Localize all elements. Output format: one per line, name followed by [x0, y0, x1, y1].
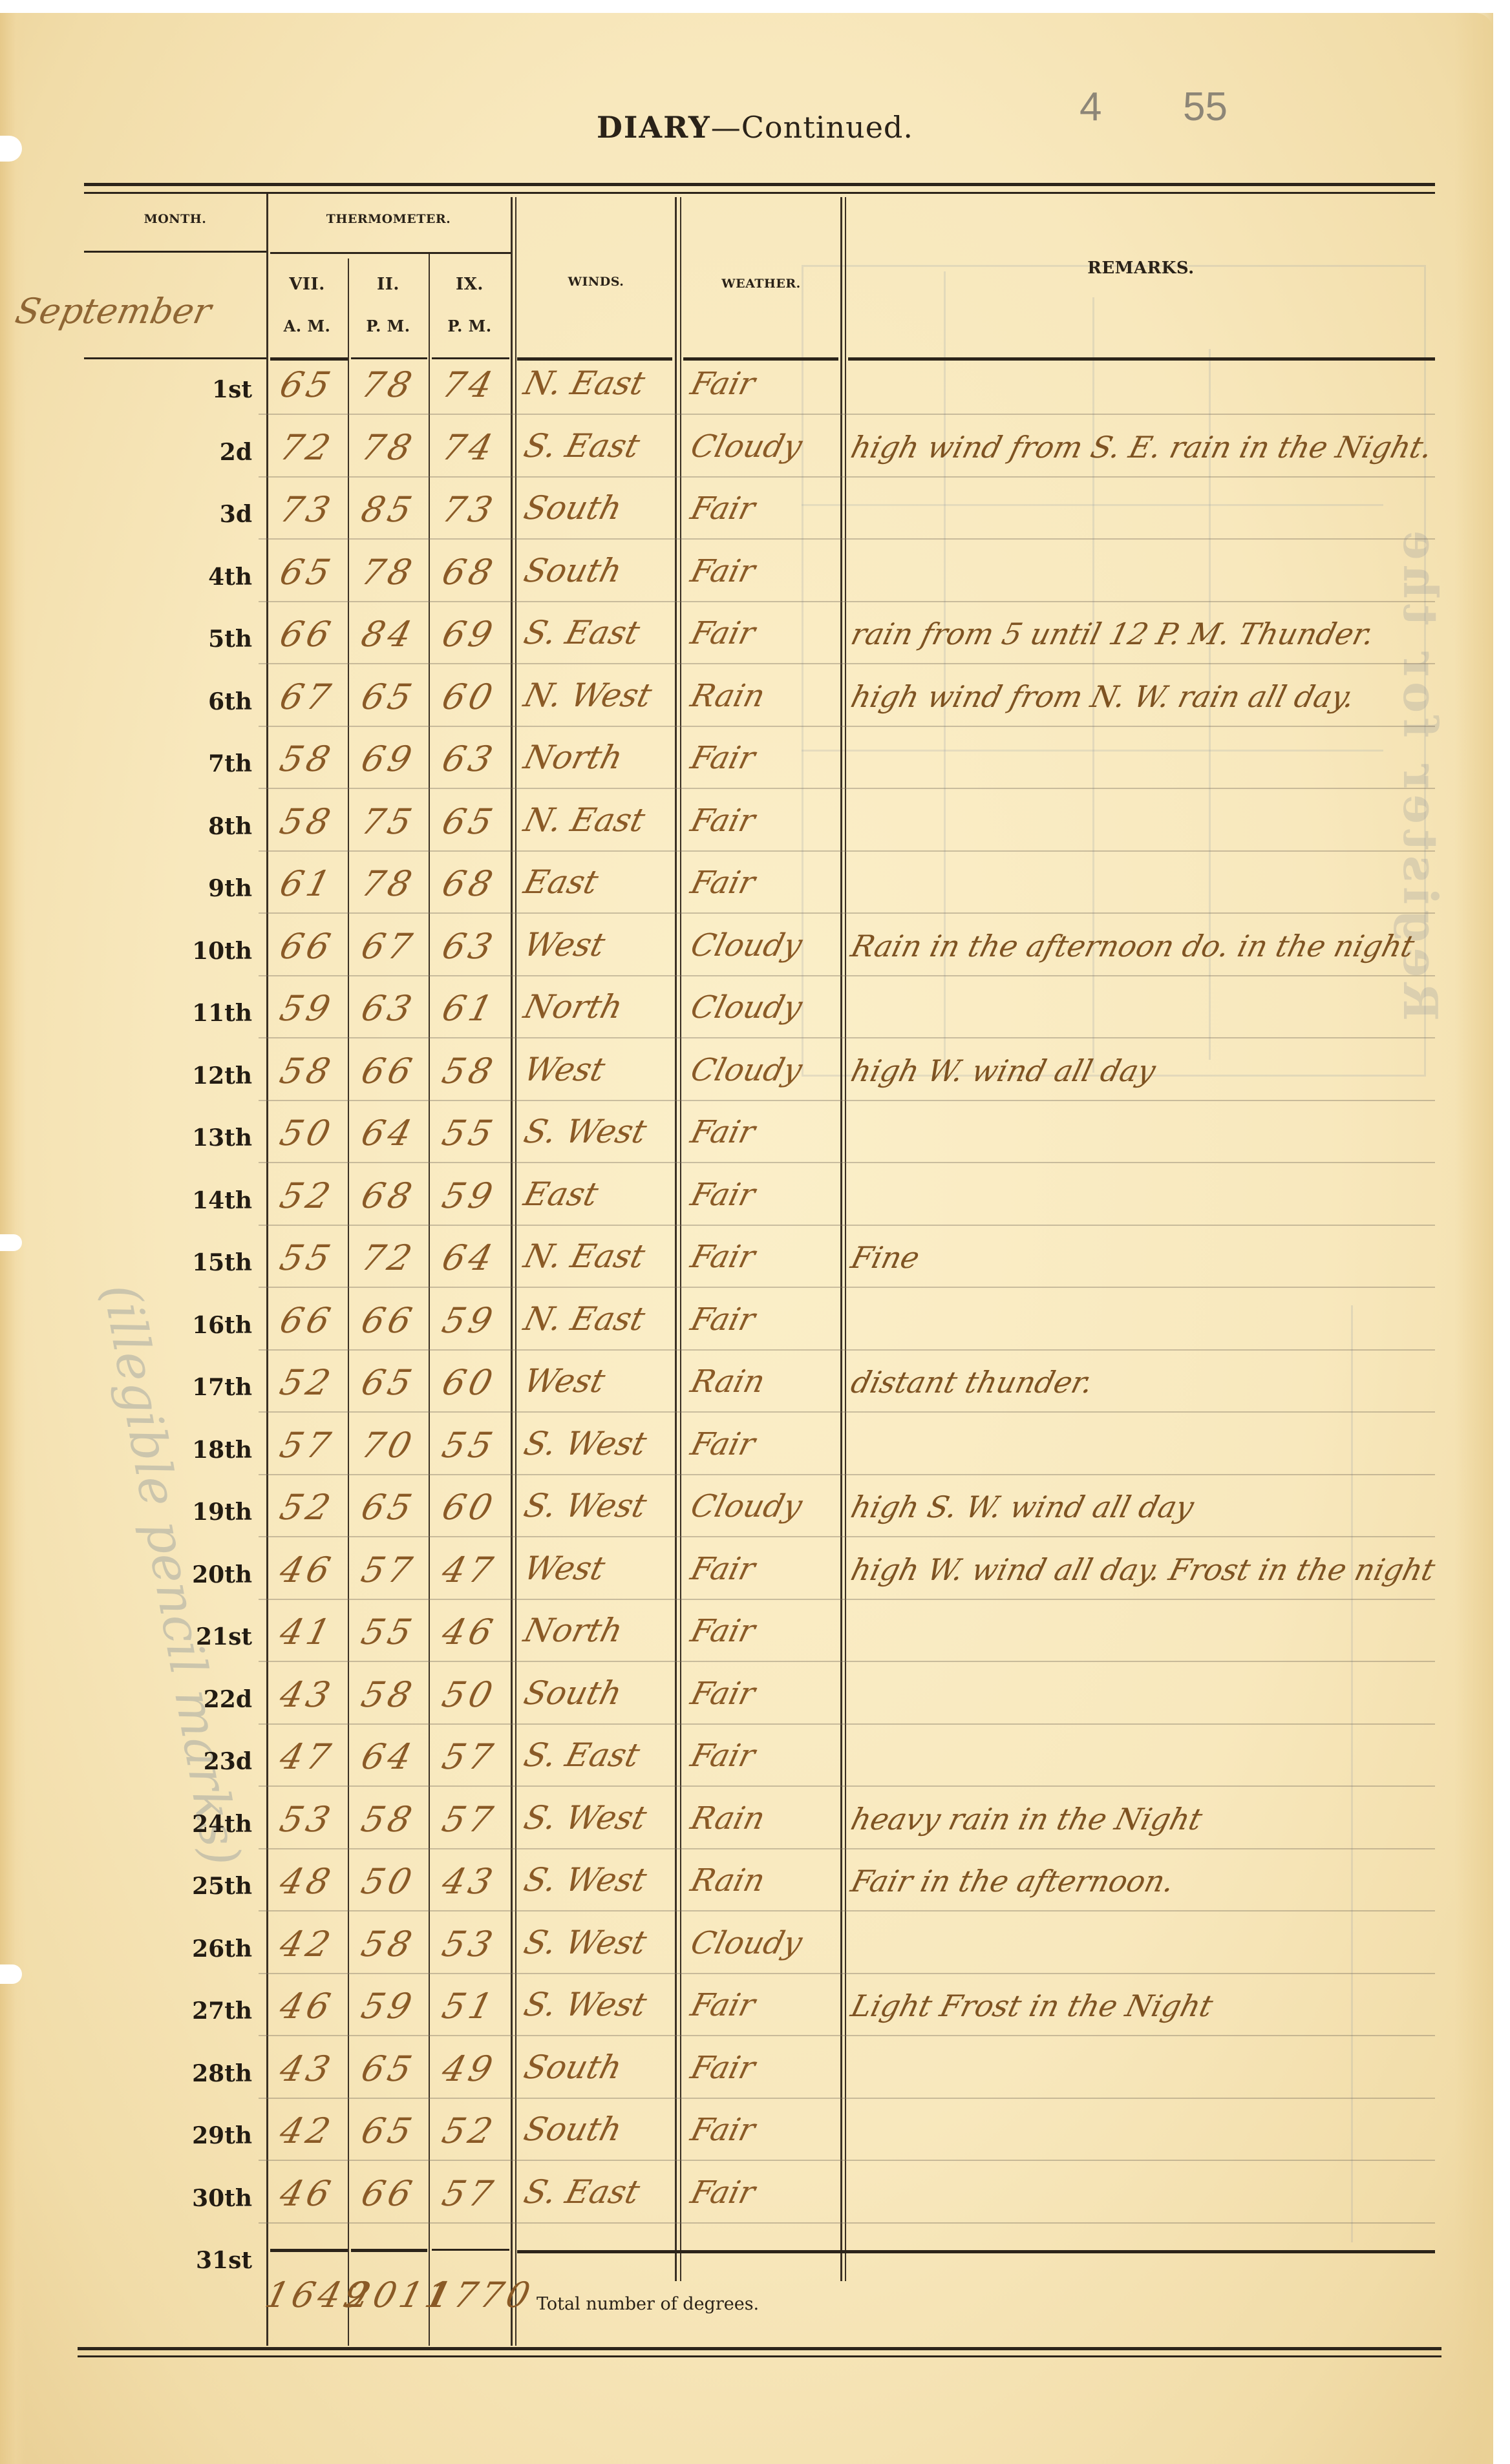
temp-2pm: 78 [343, 364, 434, 405]
header-subrule [270, 252, 511, 254]
temp-9pm: 60 [423, 677, 515, 717]
row-ruled-line [259, 414, 1435, 415]
temp-7am: 67 [261, 677, 353, 717]
remark-text: rain from 5 until 12 P. M. Thunder. [847, 616, 1378, 651]
temp-9pm: 60 [423, 1362, 515, 1403]
day-label: 20th [116, 1561, 252, 1588]
row-ruled-line [259, 2035, 1435, 2036]
temp-7am: 46 [261, 1550, 353, 1590]
temp-2pm: 75 [343, 801, 434, 842]
day-label: 31st [116, 2247, 252, 2274]
wind-direction: South [520, 489, 626, 527]
weather-condition: Cloudy [687, 1488, 806, 1524]
temp-7am: 55 [261, 1237, 353, 1278]
binding-hole [0, 1234, 22, 1251]
wind-direction: N. West [520, 677, 655, 714]
temp-9pm: 74 [423, 364, 515, 405]
wind-direction: S. East [520, 614, 644, 651]
temp-2pm: 72 [343, 1237, 434, 1278]
wind-direction: East [520, 1175, 602, 1213]
temp-9pm: 68 [423, 552, 515, 593]
day-label: 25th [116, 1873, 252, 1900]
wind-direction: S. West [520, 1924, 650, 1961]
header-weather: WEATHER. [682, 277, 840, 291]
temp-2pm: 55 [343, 1612, 434, 1652]
weather-condition: Fair [687, 1987, 759, 2023]
row-ruled-line [259, 1973, 1435, 1974]
day-label: 5th [116, 626, 252, 653]
row-ruled-line [259, 2222, 1435, 2224]
temp-2pm: 58 [343, 1674, 434, 1715]
wind-direction: N. East [520, 1300, 649, 1338]
day-label: 4th [116, 563, 252, 591]
temp-7am: 43 [261, 1674, 353, 1715]
temp-2pm: 58 [343, 1924, 434, 1964]
weather-condition: Fair [687, 1551, 759, 1587]
row-ruled-line [259, 1661, 1435, 1662]
day-label: 11th [116, 1000, 252, 1027]
temp-2pm: 64 [343, 1736, 434, 1777]
row-ruled-line [259, 1037, 1435, 1038]
temp-7am: 52 [261, 1362, 353, 1403]
weather-condition: Rain [687, 678, 769, 714]
weather-condition: Fair [687, 865, 759, 901]
weather-condition: Fair [687, 366, 759, 402]
temp-2pm: 66 [343, 1051, 434, 1091]
weather-condition: Cloudy [687, 1925, 806, 1961]
temp-7am: 53 [261, 1799, 353, 1840]
day-label: 3d [116, 501, 252, 528]
temp-7am: 58 [261, 1051, 353, 1091]
totals-rule [351, 2249, 427, 2252]
binding-hole [0, 1964, 22, 1984]
temp-2pm: 69 [343, 739, 434, 779]
temp-9pm: 61 [423, 988, 515, 1029]
row-ruled-line [259, 975, 1435, 976]
day-label: 10th [116, 938, 252, 965]
temp-9pm: 57 [423, 2173, 515, 2214]
remark-text: Light Frost in the Night [847, 1988, 1217, 2023]
remark-text: Fine [847, 1240, 923, 1275]
total-pm2: 2011 [343, 2275, 434, 2315]
day-label: 29th [116, 2122, 252, 2149]
header-bottom-rule [84, 357, 266, 359]
row-ruled-line [259, 850, 1435, 852]
wind-direction: S. West [520, 1986, 650, 2023]
temp-2pm: 78 [343, 552, 434, 593]
month-name: September [12, 291, 215, 332]
temp-7am: 59 [261, 988, 353, 1029]
header-bottom-rule [432, 357, 509, 359]
header-subrule [84, 251, 266, 253]
day-label: 19th [116, 1499, 252, 1526]
day-label: 7th [116, 750, 252, 777]
temp-9pm: 63 [423, 739, 515, 779]
row-ruled-line [259, 2160, 1435, 2161]
day-label: 12th [116, 1062, 252, 1090]
temp-2pm: 65 [343, 677, 434, 717]
wind-direction: North [520, 1612, 627, 1649]
temp-7am: 73 [261, 489, 353, 530]
wind-direction: S. East [520, 2173, 644, 2211]
temp-9pm: 43 [423, 1861, 515, 1902]
weather-condition: Fair [687, 1239, 759, 1275]
weather-condition: Fair [687, 1301, 759, 1338]
temp-9pm: 57 [423, 1799, 515, 1840]
temp-9pm: 74 [423, 427, 515, 468]
top-rule [84, 192, 1435, 194]
remark-text: high W. wind all day [847, 1053, 1159, 1088]
temp-9pm: 60 [423, 1487, 515, 1528]
title-rest: —Continued. [711, 110, 913, 145]
temp-7am: 52 [261, 1487, 353, 1528]
column-divider [511, 197, 513, 2346]
temp-2pm: 85 [343, 489, 434, 530]
temp-9pm: 49 [423, 2048, 515, 2089]
day-label: 13th [116, 1124, 252, 1152]
wind-direction: S. East [520, 1736, 644, 1774]
remark-text: heavy rain in the Night [847, 1802, 1206, 1837]
row-ruled-line [259, 1411, 1435, 1413]
temp-9pm: 46 [423, 1612, 515, 1652]
wind-direction: N. East [520, 1237, 649, 1275]
wind-direction: South [520, 2111, 626, 2148]
totals-rule [270, 2249, 348, 2252]
wind-direction: S. West [520, 1799, 650, 1837]
temp-9pm: 55 [423, 1113, 515, 1153]
header-bottom-rule [848, 357, 1435, 361]
weather-condition: Fair [687, 615, 759, 651]
temp-2pm: 58 [343, 1799, 434, 1840]
wind-direction: S. West [520, 1861, 650, 1899]
column-divider [680, 197, 681, 2281]
temp-7am: 42 [261, 1924, 353, 1964]
wind-direction: West [520, 1362, 609, 1400]
row-ruled-line [259, 538, 1435, 540]
temp-7am: 42 [261, 2111, 353, 2151]
row-ruled-line [259, 1100, 1435, 1101]
weather-condition: Fair [687, 1613, 759, 1649]
wind-direction: South [520, 1674, 626, 1712]
temp-7am: 46 [261, 1986, 353, 2027]
weather-condition: Fair [687, 740, 759, 776]
temp-7am: 57 [261, 1425, 353, 1466]
header-thermo-period-pm: P. M. [429, 317, 511, 335]
temp-9pm: 63 [423, 926, 515, 967]
temp-2pm: 64 [343, 1113, 434, 1153]
weather-condition: Fair [687, 1426, 759, 1462]
wind-direction: S. East [520, 427, 644, 465]
wind-direction: East [520, 863, 602, 901]
temp-9pm: 65 [423, 801, 515, 842]
temp-7am: 47 [261, 1736, 353, 1777]
temp-9pm: 50 [423, 1674, 515, 1715]
temp-2pm: 57 [343, 1550, 434, 1590]
bottom-rule [78, 2347, 1441, 2350]
remark-text: high W. wind all day. Frost in the night [847, 1552, 1438, 1587]
day-label: 8th [116, 813, 252, 840]
page-number-right: 55 [1183, 84, 1228, 130]
temp-9pm: 51 [423, 1986, 515, 2027]
temp-2pm: 70 [343, 1425, 434, 1466]
weather-condition: Fair [687, 2112, 759, 2148]
temp-2pm: 50 [343, 1861, 434, 1902]
title-bold: DIARY [597, 110, 711, 145]
header-winds: WINDS. [517, 275, 675, 289]
wind-direction: West [520, 1550, 609, 1587]
bleed-through-line [1351, 1305, 1353, 2242]
temp-2pm: 63 [343, 988, 434, 1029]
wind-direction: South [520, 2048, 626, 2086]
temp-7am: 72 [261, 427, 353, 468]
temp-7am: 46 [261, 2173, 353, 2214]
temp-2pm: 66 [343, 2173, 434, 2214]
day-label: 21st [116, 1623, 252, 1650]
temp-2pm: 65 [343, 2048, 434, 2089]
temp-2pm: 65 [343, 2111, 434, 2151]
column-divider [515, 197, 516, 2346]
remark-text: Rain in the afternoon do. in the night [847, 929, 1418, 963]
row-ruled-line [259, 1474, 1435, 1475]
weather-condition: Fair [687, 490, 759, 527]
bleed-through-line [802, 504, 1383, 506]
row-ruled-line [259, 1349, 1435, 1351]
day-label: 16th [116, 1312, 252, 1339]
remark-text: high S. W. wind all day [847, 1490, 1197, 1524]
row-ruled-line [259, 912, 1435, 914]
wind-direction: N. East [520, 364, 649, 402]
temp-2pm: 67 [343, 926, 434, 967]
temp-9pm: 59 [423, 1300, 515, 1341]
total-label: Total number of degrees. [537, 2294, 759, 2314]
row-ruled-line [259, 1287, 1435, 1288]
remark-text: high wind from N. W. rain all day. [847, 679, 1358, 714]
day-label: 26th [116, 1935, 252, 1963]
bleed-through-line [802, 750, 1383, 752]
row-ruled-line [259, 1599, 1435, 1600]
temp-7am: 58 [261, 801, 353, 842]
temp-9pm: 58 [423, 1051, 515, 1091]
temp-9pm: 52 [423, 2111, 515, 2151]
wind-direction: S. West [520, 1425, 650, 1462]
temp-9pm: 53 [423, 1924, 515, 1964]
wind-direction: S. West [520, 1113, 650, 1150]
wind-direction: South [520, 552, 626, 589]
day-label: 24th [116, 1811, 252, 1838]
day-label: 22d [116, 1686, 252, 1713]
header-bottom-rule [517, 357, 672, 361]
day-label: 23d [116, 1748, 252, 1775]
row-ruled-line [259, 1225, 1435, 1226]
bottom-rule [78, 2355, 1441, 2357]
wind-direction: North [520, 988, 627, 1026]
weather-condition: Fair [687, 1114, 759, 1150]
weather-condition: Fair [687, 1738, 759, 1774]
temp-7am: 43 [261, 2048, 353, 2089]
weather-condition: Rain [687, 1800, 769, 1837]
totals-rule [517, 2250, 1435, 2253]
day-label: 27th [116, 1997, 252, 2025]
weather-condition: Fair [687, 803, 759, 839]
day-label: 18th [116, 1437, 252, 1464]
temp-2pm: 65 [343, 1362, 434, 1403]
row-ruled-line [259, 2098, 1435, 2099]
weather-condition: Fair [687, 553, 759, 589]
day-label: 28th [116, 2060, 252, 2087]
header-bottom-rule [351, 357, 427, 359]
row-ruled-line [259, 1910, 1435, 1911]
temp-2pm: 78 [343, 863, 434, 904]
day-label: 1st [116, 376, 252, 403]
header-bottom-rule [270, 357, 348, 361]
wind-direction: S. West [520, 1487, 650, 1524]
row-ruled-line [259, 1536, 1435, 1537]
temp-7am: 66 [261, 926, 353, 967]
header-thermo-period-pm: P. M. [348, 317, 429, 335]
wind-direction: North [520, 739, 627, 776]
weather-condition: Fair [687, 2174, 759, 2211]
column-divider [675, 197, 677, 2281]
wind-direction: West [520, 926, 609, 963]
temp-9pm: 59 [423, 1175, 515, 1216]
header-month: MONTH. [84, 212, 266, 226]
temp-9pm: 73 [423, 489, 515, 530]
temp-7am: 65 [261, 364, 353, 405]
right-edge-stain [1454, 13, 1493, 2464]
weather-condition: Fair [687, 1676, 759, 1712]
day-label: 6th [116, 688, 252, 715]
temp-7am: 58 [261, 739, 353, 779]
wind-direction: N. East [520, 801, 649, 839]
day-label: 9th [116, 875, 252, 902]
header-thermo-hour-ii: II. [348, 275, 429, 294]
temp-9pm: 55 [423, 1425, 515, 1466]
day-label: 15th [116, 1249, 252, 1276]
day-label: 14th [116, 1187, 252, 1214]
temp-9pm: 57 [423, 1736, 515, 1777]
temp-7am: 65 [261, 552, 353, 593]
weather-condition: Cloudy [687, 1052, 806, 1088]
total-am7: 1649 [261, 2275, 353, 2315]
header-remarks: REMARKS. [847, 258, 1435, 278]
temp-9pm: 68 [423, 863, 515, 904]
temp-7am: 61 [261, 863, 353, 904]
temp-7am: 66 [261, 614, 353, 655]
row-ruled-line [259, 1785, 1435, 1787]
column-divider [845, 197, 846, 2281]
temp-2pm: 78 [343, 427, 434, 468]
temp-2pm: 66 [343, 1300, 434, 1341]
total-pm9: 1770 [423, 2275, 515, 2315]
row-ruled-line [259, 726, 1435, 727]
day-label: 17th [116, 1374, 252, 1401]
temp-2pm: 59 [343, 1986, 434, 2027]
totals-rule [432, 2249, 509, 2251]
page-title: DIARY—Continued. [0, 110, 1510, 145]
temp-2pm: 68 [343, 1175, 434, 1216]
header-thermometer: THERMOMETER. [266, 212, 511, 226]
weather-condition: Cloudy [687, 989, 806, 1026]
weather-condition: Cloudy [687, 927, 806, 963]
header-thermo-period-am: A. M. [266, 317, 348, 335]
header-thermo-hour-vii: VII. [266, 275, 348, 294]
wind-direction: West [520, 1051, 609, 1088]
weather-condition: Rain [687, 1364, 769, 1400]
temp-7am: 52 [261, 1175, 353, 1216]
temp-9pm: 47 [423, 1550, 515, 1590]
column-divider [840, 197, 842, 2281]
temp-7am: 41 [261, 1612, 353, 1652]
row-ruled-line [259, 1723, 1435, 1725]
top-rule [84, 183, 1435, 186]
remark-text: high wind from S. E. rain in the Night. [847, 430, 1436, 465]
temp-7am: 50 [261, 1113, 353, 1153]
page-number-left: 4 [1079, 84, 1101, 130]
temp-9pm: 69 [423, 614, 515, 655]
day-label: 30th [116, 2185, 252, 2212]
weather-condition: Rain [687, 1862, 769, 1899]
header-bottom-rule [683, 357, 838, 361]
row-ruled-line [259, 1162, 1435, 1163]
row-ruled-line [259, 1848, 1435, 1849]
row-ruled-line [259, 601, 1435, 602]
remark-text: Fair in the afternoon. [847, 1864, 1178, 1899]
header-thermo-hour-ix: IX. [429, 275, 511, 294]
weather-condition: Fair [687, 2050, 759, 2086]
temp-2pm: 65 [343, 1487, 434, 1528]
remark-text: distant thunder. [847, 1365, 1096, 1400]
temp-9pm: 64 [423, 1237, 515, 1278]
row-ruled-line [259, 788, 1435, 789]
weather-condition: Cloudy [687, 428, 806, 465]
temp-7am: 48 [261, 1861, 353, 1902]
weather-condition: Fair [687, 1177, 759, 1213]
row-ruled-line [259, 663, 1435, 664]
day-label: 2d [116, 439, 252, 466]
temp-7am: 66 [261, 1300, 353, 1341]
row-ruled-line [259, 476, 1435, 478]
temp-2pm: 84 [343, 614, 434, 655]
